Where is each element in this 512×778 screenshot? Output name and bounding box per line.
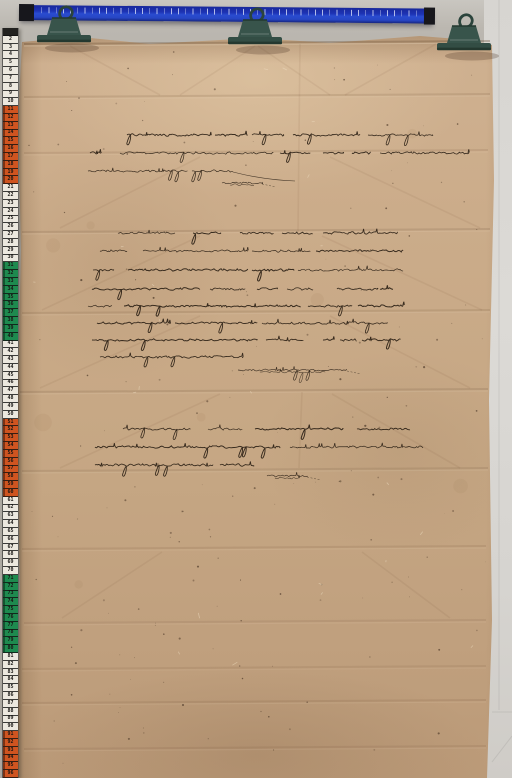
ruler-cell: 8 [3, 83, 18, 91]
ruler-cell: 42 [3, 348, 18, 356]
ruler-cell: 62 [3, 505, 18, 513]
ruler-cell: 24 [3, 208, 18, 216]
ruler-cell: 95 [3, 762, 18, 770]
ruler-cell: 51 [3, 419, 18, 427]
ruler-cell: 15 [3, 137, 18, 145]
survey-ruler: 2345678910111213141516171819202122232425… [2, 28, 19, 778]
ruler-cell: 44 [3, 364, 18, 372]
ruler-cell: 25 [3, 216, 18, 224]
ruler-cell: 31 [3, 262, 18, 270]
ruler-cell: 36 [3, 301, 18, 309]
ruler-cell [3, 28, 18, 36]
clip-shadow [236, 46, 290, 55]
clip-base-edge [228, 42, 282, 45]
ruler-cell: 12 [3, 114, 18, 122]
ruler-cell: 17 [3, 153, 18, 161]
ruler-cell: 4 [3, 51, 18, 59]
ruler-cell: 41 [3, 341, 18, 349]
ruler-cell: 46 [3, 380, 18, 388]
ruler-cell: 21 [3, 184, 18, 192]
ruler-cell: 2 [3, 36, 18, 44]
ruler-cell: 93 [3, 747, 18, 755]
ruler-cell: 52 [3, 426, 18, 434]
ruler-cell: 75 [3, 606, 18, 614]
ruler-cell: 20 [3, 176, 18, 184]
ruler-cell: 87 [3, 700, 18, 708]
ruler-cell: 55 [3, 450, 18, 458]
ruler-cell: 72 [3, 583, 18, 591]
ruler-cell: 60 [3, 489, 18, 497]
ruler-cell: 16 [3, 145, 18, 153]
photo-of-manuscript: 2345678910111213141516171819202122232425… [0, 0, 512, 778]
ruler-cell: 35 [3, 294, 18, 302]
ruler-cell: 81 [3, 653, 18, 661]
ruler-cell: 14 [3, 130, 18, 138]
ruler-cell: 59 [3, 481, 18, 489]
ruler-cell: 77 [3, 622, 18, 630]
ruler-cell: 27 [3, 231, 18, 239]
ruler-cell: 89 [3, 716, 18, 724]
ruler-cell: 54 [3, 442, 18, 450]
ruler-cell: 38 [3, 317, 18, 325]
ruler-cell: 39 [3, 325, 18, 333]
ruler-cell: 80 [3, 645, 18, 653]
clip-shadow [45, 44, 99, 53]
ruler-cell: 96 [3, 770, 18, 778]
binder-clip [27, 2, 101, 58]
ruler-cell: 56 [3, 458, 18, 466]
ruler-cell: 85 [3, 684, 18, 692]
ruler-cell: 64 [3, 520, 18, 528]
ruler-cell: 49 [3, 403, 18, 411]
ruler-cell: 58 [3, 473, 18, 481]
ruler-cell: 66 [3, 536, 18, 544]
ruler-cell: 26 [3, 223, 18, 231]
ruler-cell: 43 [3, 356, 18, 364]
ruler-cell: 48 [3, 395, 18, 403]
ruler-cell: 5 [3, 59, 18, 67]
clip-handle-icon [60, 7, 73, 19]
ruler-cell: 9 [3, 91, 18, 99]
ruler-cell: 37 [3, 309, 18, 317]
ruler-cell: 34 [3, 286, 18, 294]
ruler-cell: 84 [3, 676, 18, 684]
clip-handle-icon [251, 9, 264, 21]
clip-shadow [445, 52, 499, 61]
binder-clip [427, 10, 501, 66]
clip-handle-icon [460, 15, 473, 27]
ruler-cell: 73 [3, 591, 18, 599]
ruler-cell: 23 [3, 200, 18, 208]
manuscript-paper [0, 0, 512, 778]
clip-base-edge [437, 48, 491, 51]
ruler-cell: 79 [3, 637, 18, 645]
ruler-cell: 91 [3, 731, 18, 739]
ruler-cell: 71 [3, 575, 18, 583]
ruler-cell: 61 [3, 497, 18, 505]
ruler-cell: 57 [3, 466, 18, 474]
ruler-cell: 63 [3, 512, 18, 520]
ruler-cell: 92 [3, 739, 18, 747]
ruler-cell: 19 [3, 169, 18, 177]
ruler-cell: 18 [3, 161, 18, 169]
ruler-cell: 67 [3, 544, 18, 552]
ruler-cell: 70 [3, 567, 18, 575]
ruler-cell: 76 [3, 614, 18, 622]
ruler-cell: 22 [3, 192, 18, 200]
ruler-cell: 86 [3, 692, 18, 700]
ruler-cell: 53 [3, 434, 18, 442]
ruler-cell: 74 [3, 598, 18, 606]
ruler-cell: 47 [3, 387, 18, 395]
ruler-cell: 28 [3, 239, 18, 247]
ruler-cell: 10 [3, 98, 18, 106]
ruler-cell: 6 [3, 67, 18, 75]
ruler-cell: 45 [3, 372, 18, 380]
ruler-cell: 30 [3, 255, 18, 263]
ruler-cell: 29 [3, 247, 18, 255]
ruler-cell: 50 [3, 411, 18, 419]
ruler-cell: 83 [3, 669, 18, 677]
ruler-cell: 33 [3, 278, 18, 286]
ruler-cell: 40 [3, 333, 18, 341]
ruler-cell: 65 [3, 528, 18, 536]
ruler-cell: 3 [3, 44, 18, 52]
ruler-cell: 7 [3, 75, 18, 83]
ruler-cell: 90 [3, 723, 18, 731]
ruler-cell: 69 [3, 559, 18, 567]
ruler-cell: 78 [3, 630, 18, 638]
ruler-cell: 94 [3, 755, 18, 763]
ruler-cell: 32 [3, 270, 18, 278]
binder-clip [218, 4, 292, 60]
ruler-cell: 11 [3, 106, 18, 114]
ruler-cell: 88 [3, 708, 18, 716]
ruler-cell: 82 [3, 661, 18, 669]
ruler-cell: 13 [3, 122, 18, 130]
ruler-cell: 68 [3, 551, 18, 559]
clip-base-edge [37, 40, 91, 43]
